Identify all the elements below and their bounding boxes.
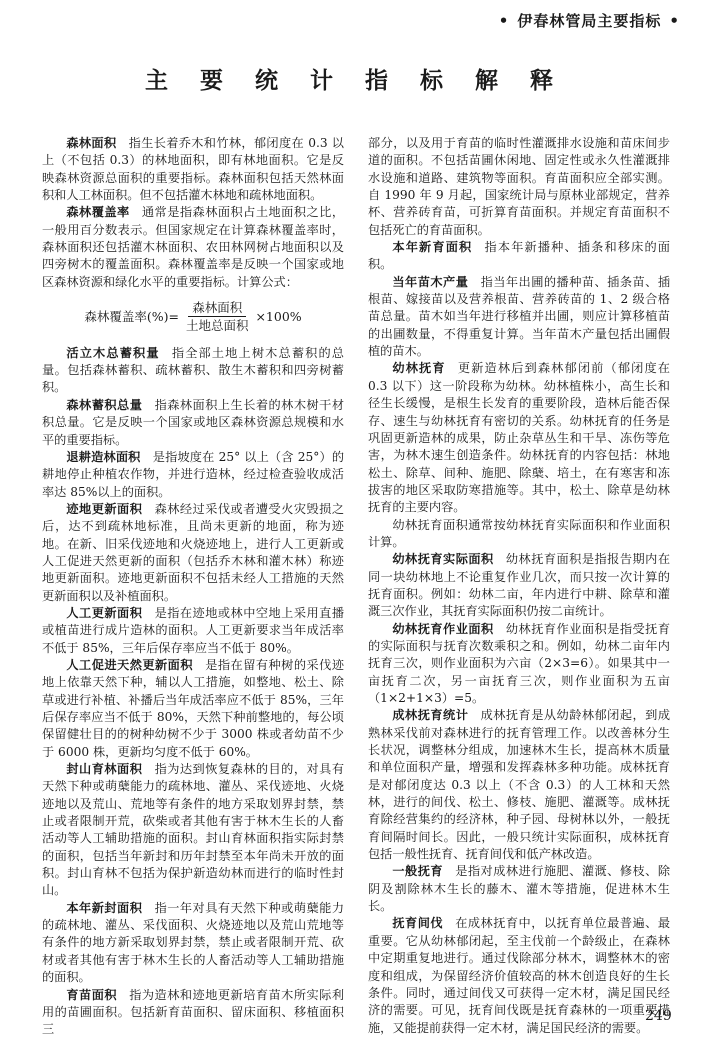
term-heading: 迹地更新面积 [66, 502, 142, 516]
term-heading: 本年新封面积 [66, 901, 142, 915]
bullet-left: • [499, 12, 510, 30]
paragraph: 人工更新面积是指在迹地或林中空地上采用直播或植苗进行成片造林的面积。人工更新要求… [42, 605, 344, 657]
paragraph: 本年新育面积指本年新播种、插条和移床的面积。 [368, 239, 670, 274]
definition-text: 在成林抚育中，以抚育单位最普遍、最重要。它从幼林郁闭起，至主伐前一个龄级止，在森… [368, 916, 670, 1034]
page-number: 249 [645, 1008, 672, 1024]
definition-text: 成林抚育是从幼龄林郁闭起，到成熟林采伐前对森林进行的抚育管理工作。以改善林分生长… [368, 708, 670, 861]
formula-equals: = [168, 308, 178, 325]
paragraph: 成林抚育统计成林抚育是从幼龄林郁闭起，到成熟林采伐前对森林进行的抚育管理工作。以… [368, 707, 670, 863]
paragraph: 封山育林面积指为达到恢复森林的目的，对具有天然下种或萌蘖能力的疏林地、灌丛、采伐… [42, 761, 344, 900]
paragraph: 幼林抚育实际面积幼林抚育面积是指报告期内在同一块幼林地上不论重复作业几次，而只按… [368, 551, 670, 620]
paragraph: 当年苗木产量指当年出圃的播种苗、插条苗、插根苗、嫁接苗以及营养根苗、营养砖苗的 … [368, 274, 670, 361]
paragraph: 人工促进天然更新面积是指在留有种树的采伐迹地上依靠天然下种，辅以人工措施，如整地… [42, 657, 344, 761]
paragraph: 一般抚育是指对成林进行施肥、灌溉、修枝、除阴及割除林木生长的藤木、灌木等措施，促… [368, 863, 670, 915]
definition-text: 更新造林后到森林郁闭前（郁闭度在 0.3 以下）这一阶段称为幼林。幼林植株小，高… [368, 361, 670, 514]
formula-numerator: 森林面积 [188, 299, 246, 317]
term-heading: 本年新育面积 [392, 240, 472, 254]
definition-text: 部分，以及用于育苗的临时性灌溉排水设施和苗床间步道的面积。不包括苗圃休闲地、固定… [368, 136, 670, 237]
page-title: 主 要 统 计 指 标 解 释 [0, 62, 710, 95]
term-heading: 幼林抚育作业面积 [392, 622, 493, 636]
term-heading: 森林覆盖率 [66, 205, 129, 219]
term-heading: 活立木总蓄积量 [66, 346, 159, 360]
definition-text: 指为达到恢复森林的目的，对具有天然下种或萌蘖能力的疏林地、灌丛、采伐迹地、火烧迹… [42, 762, 344, 897]
paragraph: 森林面积指生长着乔木和竹林，郁闭度在 0.3 以上（不包括 0.3）的林地面积，… [42, 135, 344, 204]
paragraph: 育苗面积指为造林和迹地更新培育苗木所实际利用的苗圃面积。包括新育苗面积、留床面积… [42, 987, 344, 1039]
paragraph-continuation: 部分，以及用于育苗的临时性灌溉排水设施和苗床间步道的面积。不包括苗圃休闲地、固定… [368, 135, 670, 239]
running-header-text: 伊春林管局主要指标 [517, 12, 661, 30]
term-heading: 人工促进天然更新面积 [66, 658, 193, 672]
term-heading: 育苗面积 [66, 988, 117, 1002]
formula-lhs: 森林覆盖率(%) [84, 308, 168, 325]
running-header: •伊春林管局主要指标• [491, 10, 688, 31]
coverage-formula: 森林覆盖率(%) = 森林面积 土地总面积 ×100% [42, 299, 344, 335]
term-heading: 当年苗木产量 [392, 275, 468, 289]
paragraph: 森林覆盖率通常是指森林面积占土地面积之比，一般用百分数表示。但国家规定在计算森林… [42, 204, 344, 291]
term-heading: 幼林抚育实际面积 [392, 552, 493, 566]
paragraph: 退耕造林面积是指坡度在 25° 以上（含 25°）的耕地停止种植农作物，并进行造… [42, 449, 344, 501]
paragraph: 幼林抚育面积通常按幼林抚育实际面积和作业面积计算。 [368, 517, 670, 552]
paragraph: 幼林抚育更新造林后到森林郁闭前（郁闭度在 0.3 以下）这一阶段称为幼林。幼林植… [368, 360, 670, 516]
term-heading: 森林面积 [66, 136, 116, 150]
bullet-right: • [669, 12, 680, 30]
definition-text: 幼林抚育面积通常按幼林抚育实际面积和作业面积计算。 [368, 518, 670, 549]
paragraph: 森林蓄积总量指森林面积上生长着的林木树干材积总量。它是反映一个国家或地区森林资源… [42, 397, 344, 449]
paragraph: 抚育间伐在成林抚育中，以抚育单位最普遍、最重要。它从幼林郁闭起，至主伐前一个龄级… [368, 915, 670, 1036]
term-heading: 森林蓄积总量 [66, 398, 142, 412]
term-heading: 幼林抚育 [392, 361, 445, 375]
term-heading: 封山育林面积 [66, 762, 142, 776]
definition-text: 是指在留有种树的采伐迹地上依靠天然下种，辅以人工措施，如整地、松土、除草或进行补… [42, 658, 344, 759]
paragraph: 迹地更新面积森林经过采伐或者遭受火灾毁损之后，达不到疏林地标准，且尚未更新的地面… [42, 501, 344, 605]
term-heading: 退耕造林面积 [66, 450, 140, 464]
formula-fraction: 森林面积 土地总面积 [182, 299, 253, 335]
term-heading: 人工更新面积 [66, 606, 142, 620]
formula-multiplier: ×100% [255, 308, 301, 325]
term-heading: 抚育间伐 [392, 916, 443, 930]
paragraph: 幼林抚育作业面积幼林抚育作业面积是指受抚育的实际面积与抚育次数乘积之和。例如，幼… [368, 621, 670, 708]
term-heading: 成林抚育统计 [392, 708, 468, 722]
definition-text: 森林经过采伐或者遭受火灾毁损之后，达不到疏林地标准，且尚未更新的地面，称为迹地。… [42, 502, 344, 603]
left-column: 森林面积指生长着乔木和竹林，郁闭度在 0.3 以上（不包括 0.3）的林地面积，… [42, 135, 344, 1039]
paragraph: 活立木总蓄积量指全部土地上树木总蓄积的总量。包括森林蓄积、疏林蓄积、散生木蓄积和… [42, 345, 344, 397]
term-heading: 一般抚育 [392, 864, 443, 878]
right-column: 部分，以及用于育苗的临时性灌溉排水设施和苗床间步道的面积。不包括苗圃休闲地、固定… [368, 135, 670, 1037]
formula-denominator: 土地总面积 [182, 317, 253, 334]
paragraph: 本年新封面积指一年对具有天然下种或萌蘖能力的疏林地、灌丛、采伐面积、火烧迹地以及… [42, 900, 344, 987]
